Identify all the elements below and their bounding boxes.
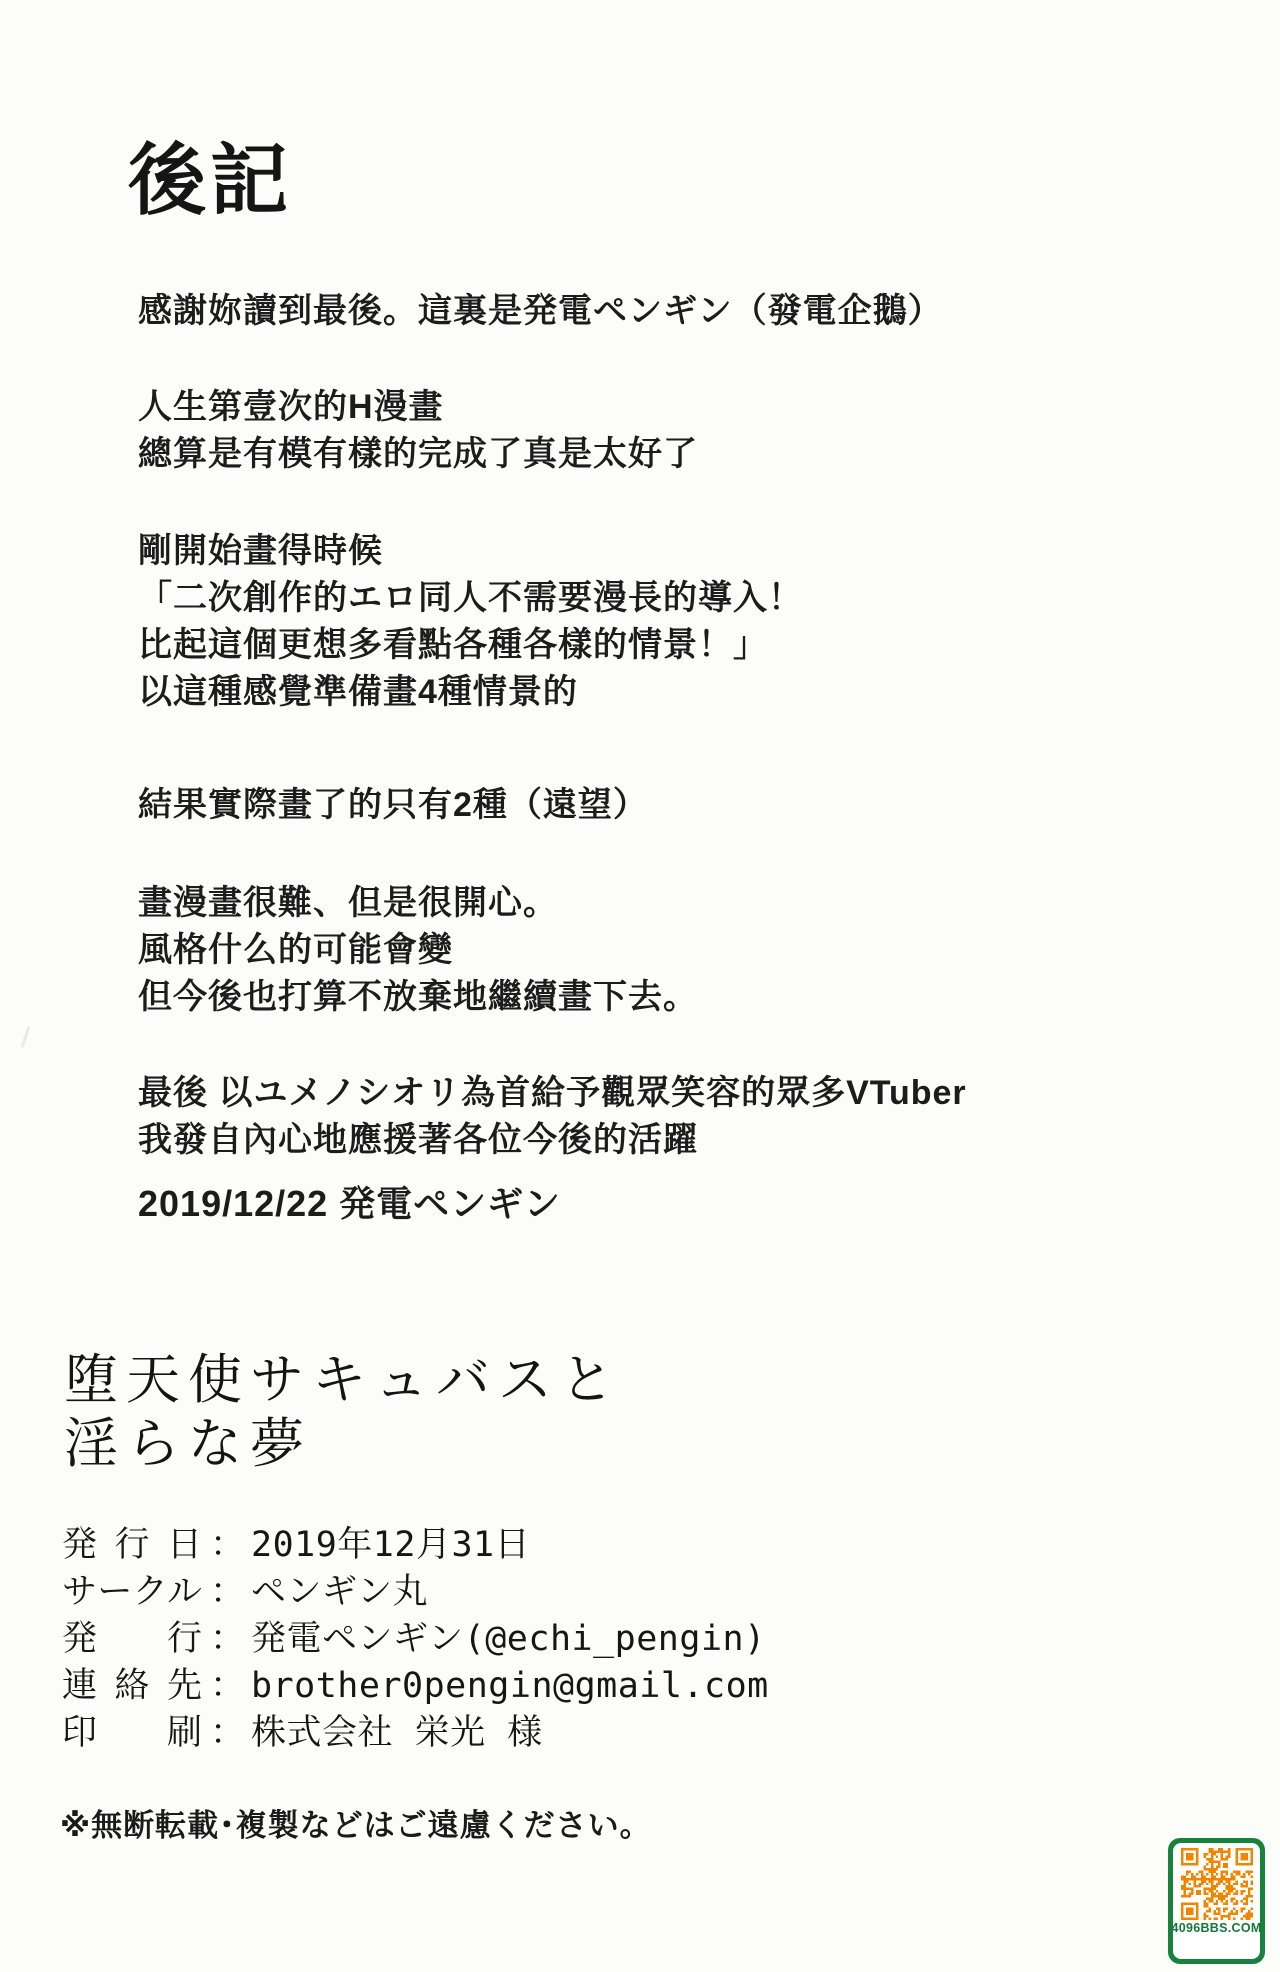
afterword-line: 結果實際畫了的只有2種（遠望） [138,782,648,829]
afterword-line: 最後 以ユメノシオリ為首給予觀眾笑容的眾多VTuber [138,1070,967,1117]
afterword-line: 人生第壹次的H漫畫 [138,384,698,431]
colophon-row-circle: サークル ： ペンギン丸 [62,1569,769,1616]
colophon-row-publisher: 発 行 ： 発電ペンギン(@echi_pengin) [62,1616,769,1663]
page-title: 後記 [128,118,292,230]
book-title-line: 淫らな夢 [64,1412,622,1476]
colophon-label: 印 刷 [62,1710,202,1757]
reproduction-disclaimer: ※無断転載･複製などはご遠慮ください。 [60,1800,652,1845]
afterword-paragraph: 感謝妳讀到最後。這裏是発電ペンギン（發電企鵝） [138,288,943,335]
book-title-line: 堕天使サキュバスと [64,1348,622,1412]
colophon-separator: ： [210,1663,245,1710]
afterword-line: 以這種感覺準備畫4種情景的 [138,669,803,716]
afterword-paragraph: 剛開始畫得時候 「二次創作的エロ同人不需要漫長的導入！ 比起這個更想多看點各種各… [138,528,803,716]
afterword-paragraph: 結果實際畫了的只有2種（遠望） [138,782,648,829]
colophon-separator: ： [210,1616,245,1663]
colophon-value: 2019年12月31日 [251,1522,530,1569]
colophon-value: brother0pengin@gmail.com [251,1663,769,1710]
afterword-line: 比起這個更想多看點各種各樣的情景！」 [138,622,803,669]
watermark-qr-badge: 4096BBS.COM [1168,1838,1265,1964]
afterword-line: 但今後也打算不放棄地繼續畫下去。 [138,974,698,1021]
colophon-row-contact: 連絡先 ： brother0pengin@gmail.com [62,1663,769,1710]
afterword-line: 2019/12/22 発電ペンギン [138,1180,561,1227]
colophon-label: 発 行 [62,1616,202,1663]
afterword-line: 「二次創作的エロ同人不需要漫長的導入！ [138,575,803,622]
qr-code-icon [1181,1848,1253,1920]
watermark-text: 4096BBS.COM [1171,1921,1261,1935]
qr-inner-panel: 4096BBS.COM [1173,1843,1260,1959]
book-title: 堕天使サキュバスと 淫らな夢 [64,1348,622,1476]
colophon-label: サークル [62,1569,202,1616]
afterword-paragraph: 人生第壹次的H漫畫 總算是有模有樣的完成了真是太好了 [138,384,698,478]
colophon-separator: ： [210,1710,245,1757]
scanned-afterword-page: 後記 感謝妳讀到最後。這裏是発電ペンギン（發電企鵝） 人生第壹次的H漫畫 總算是… [0,0,1280,1972]
afterword-line: 畫漫畫很難、但是很開心。 [138,880,698,927]
afterword-signature-date: 2019/12/22 発電ペンギン [138,1180,561,1227]
afterword-paragraph: 畫漫畫很難、但是很開心。 風格什么的可能會變 但今後也打算不放棄地繼續畫下去。 [138,880,698,1021]
colophon-label: 発行日 [62,1522,202,1569]
afterword-line: 我發自內心地應援著各位今後的活躍 [138,1117,967,1164]
colophon: 発行日 ： 2019年12月31日 サークル ： ペンギン丸 発 行 ： 発電ペ… [62,1522,769,1757]
colophon-row-publish-date: 発行日 ： 2019年12月31日 [62,1522,769,1569]
afterword-line: 風格什么的可能會變 [138,927,698,974]
colophon-value: 株式会社 栄光 様 [251,1710,543,1757]
colophon-separator: ： [210,1569,245,1616]
afterword-paragraph: 最後 以ユメノシオリ為首給予觀眾笑容的眾多VTuber 我發自內心地應援著各位今… [138,1070,967,1164]
colophon-label: 連絡先 [62,1663,202,1710]
colophon-value: 発電ペンギン(@echi_pengin) [251,1616,766,1663]
afterword-line: 剛開始畫得時候 [138,528,803,575]
colophon-value: ペンギン丸 [251,1569,428,1616]
colophon-separator: ： [210,1522,245,1569]
afterword-line: 感謝妳讀到最後。這裏是発電ペンギン（發電企鵝） [138,288,943,335]
colophon-row-printer: 印 刷 ： 株式会社 栄光 様 [62,1710,769,1757]
scan-smudge [21,1026,31,1048]
afterword-line: 總算是有模有樣的完成了真是太好了 [138,431,698,478]
